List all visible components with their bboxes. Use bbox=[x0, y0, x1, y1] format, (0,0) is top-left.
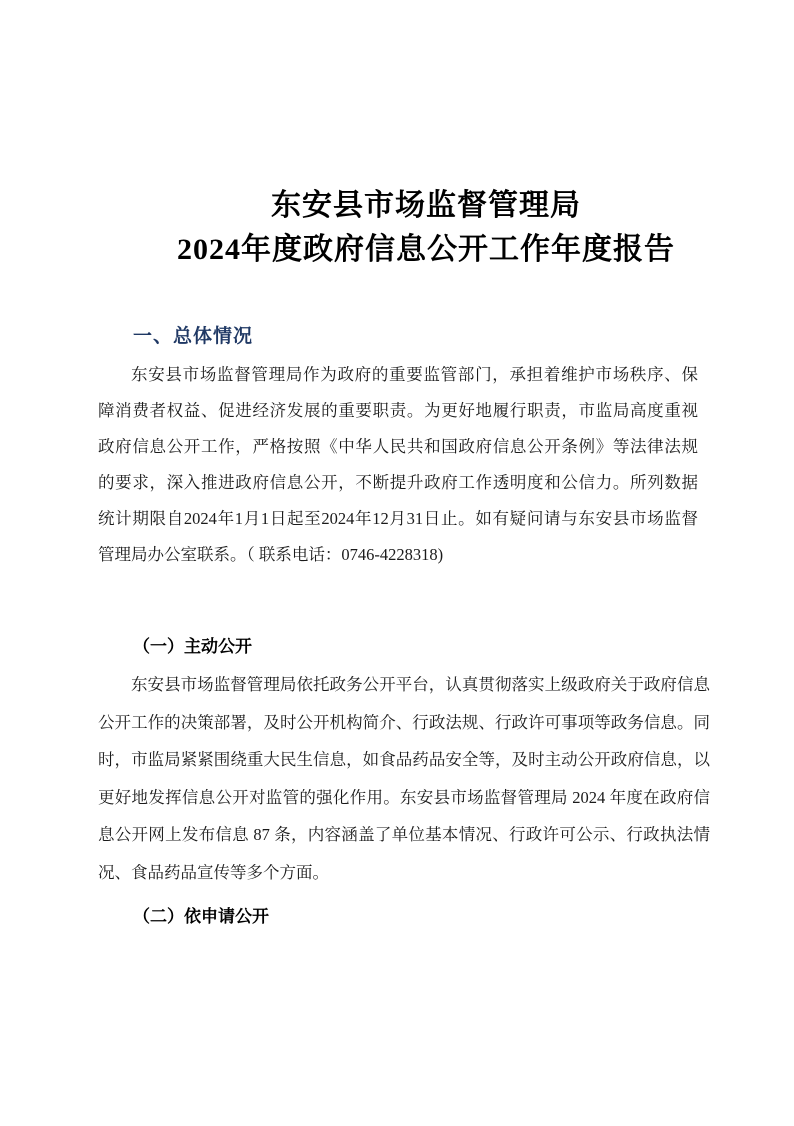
subsection-heading-disclosure-upon-request: （二）依申请公开 bbox=[133, 905, 269, 929]
paragraph-line: 更好地发挥信息公开对监管的强化作用。东安县市场监督管理局 2024 年度在政府信 bbox=[98, 779, 710, 817]
paragraph-line: 东安县市场监督管理局作为政府的重要监管部门，承担着维护市场秩序、保 bbox=[98, 357, 698, 393]
paragraph-proactive-disclosure: 东安县市场监督管理局依托政务公开平台，认真贯彻落实上级政府关于政府信息公开工作的… bbox=[98, 666, 710, 891]
document-title-line-1: 东安县市场监督管理局 bbox=[154, 184, 698, 228]
document-title: 东安县市场监督管理局 2024年度政府信息公开工作年度报告 bbox=[98, 184, 698, 272]
paragraph-line: 况、食品药品宣传等多个方面。 bbox=[98, 854, 710, 892]
paragraph-line: 障消费者权益、促进经济发展的重要职责。为更好地履行职责，市监局高度重视 bbox=[98, 393, 698, 429]
paragraph-line: 管理局办公室联系。（ 联系电话：0746-4228318) bbox=[98, 537, 698, 573]
paragraph-line: 息公开网上发布信息 87 条，内容涵盖了单位基本情况、行政许可公示、行政执法情 bbox=[98, 816, 710, 854]
paragraph-line: 的要求，深入推进政府信息公开，不断提升政府工作透明度和公信力。所列数据 bbox=[98, 465, 698, 501]
document-page: 东安县市场监督管理局 2024年度政府信息公开工作年度报告 一、总体情况 东安县… bbox=[0, 0, 794, 1126]
section-heading-overall-situation: 一、总体情况 bbox=[133, 324, 253, 350]
paragraph-line: 统计期限自2024年1月1日起至2024年12月31日止。如有疑问请与东安县市场… bbox=[98, 501, 698, 537]
paragraph-line: 公开工作的决策部署，及时公开机构简介、行政法规、行政许可事项等政务信息。同 bbox=[98, 704, 710, 742]
paragraph-line: 时，市监局紧紧围绕重大民生信息，如食品药品安全等，及时主动公开政府信息，以 bbox=[98, 741, 710, 779]
document-title-line-2: 2024年度政府信息公开工作年度报告 bbox=[154, 228, 698, 272]
paragraph-line: 东安县市场监督管理局依托政务公开平台，认真贯彻落实上级政府关于政府信息 bbox=[98, 666, 710, 704]
paragraph-overall-situation: 东安县市场监督管理局作为政府的重要监管部门，承担着维护市场秩序、保障消费者权益、… bbox=[98, 357, 698, 573]
subsection-heading-proactive-disclosure: （一）主动公开 bbox=[133, 635, 252, 659]
paragraph-line: 政府信息公开工作，严格按照《中华人民共和国政府信息公开条例》等法律法规 bbox=[98, 429, 698, 465]
